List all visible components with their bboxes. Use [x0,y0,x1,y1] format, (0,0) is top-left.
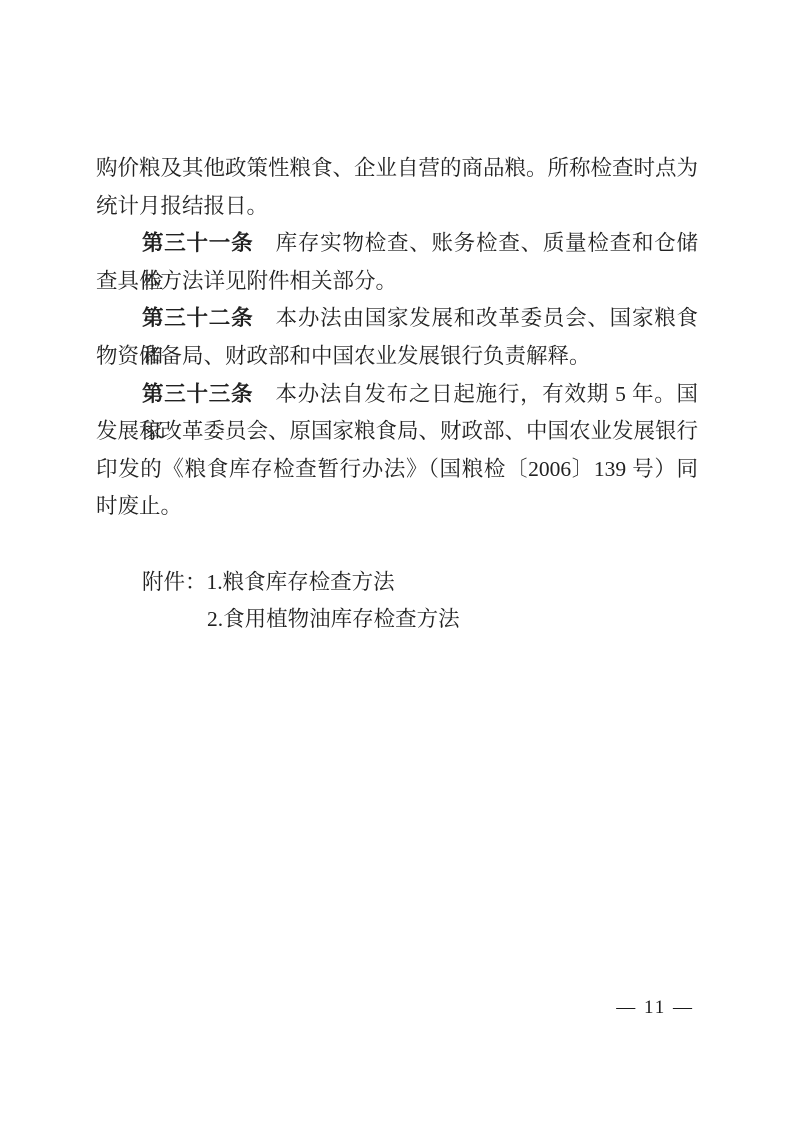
body-text: 物资储备局、财政部和中国农业发展银行负责解释。 [96,344,591,368]
attachment-item-1: 1.粮食库存检查方法 [207,570,395,594]
document-page: 购价粮及其他政策性粮食、企业自营的商品粮。所称检查时点为 统计月报结报日。 第三… [0,0,794,1123]
page-number: — 11 — [616,995,694,1021]
document-content: 购价粮及其他政策性粮食、企业自营的商品粮。所称检查时点为 统计月报结报日。 第三… [96,150,698,639]
body-text: 印发的《粮食库存检查暂行办法》（国粮检〔2006〕139 号）同 [96,457,698,481]
document-line: 统计月报结报日。 [96,188,698,226]
body-text: 统计月报结报日。 [96,194,268,218]
attachment-item-2: 2.食用植物油库存检查方法 [207,607,460,631]
document-line-article-32: 第三十二条 本办法由国家发展和改革委员会、国家粮食和 [96,300,698,338]
attachments-line-1: 附件：1.粮食库存检查方法 [96,564,698,602]
document-line: 印发的《粮食库存检查暂行办法》（国粮检〔2006〕139 号）同 [96,451,698,489]
article-number: 第三十二条 [142,306,253,330]
document-line-article-31: 第三十一条 库存实物检查、账务检查、质量检查和仓储检 [96,225,698,263]
document-line-article-33: 第三十三条 本办法自发布之日起施行，有效期 5 年。国家 [96,376,698,414]
body-text: 时废止。 [96,494,182,518]
attachments-label: 附件： [142,570,207,594]
document-line: 时废止。 [96,488,698,526]
attachments-line-2: 2.食用植物油库存检查方法 [96,601,698,639]
document-line: 查具体方法详见附件相关部分。 [96,263,698,301]
body-text: 购价粮及其他政策性粮食、企业自营的商品粮。所称检查时点为 [96,156,698,180]
document-line: 购价粮及其他政策性粮食、企业自营的商品粮。所称检查时点为 [96,150,698,188]
article-number: 第三十三条 [142,382,253,406]
body-text: 发展和改革委员会、原国家粮食局、财政部、中国农业发展银行 [96,419,698,443]
document-line: 发展和改革委员会、原国家粮食局、财政部、中国农业发展银行 [96,413,698,451]
document-line: 物资储备局、财政部和中国农业发展银行负责解释。 [96,338,698,376]
article-number: 第三十一条 [142,231,253,255]
body-text: 查具体方法详见附件相关部分。 [96,269,397,293]
